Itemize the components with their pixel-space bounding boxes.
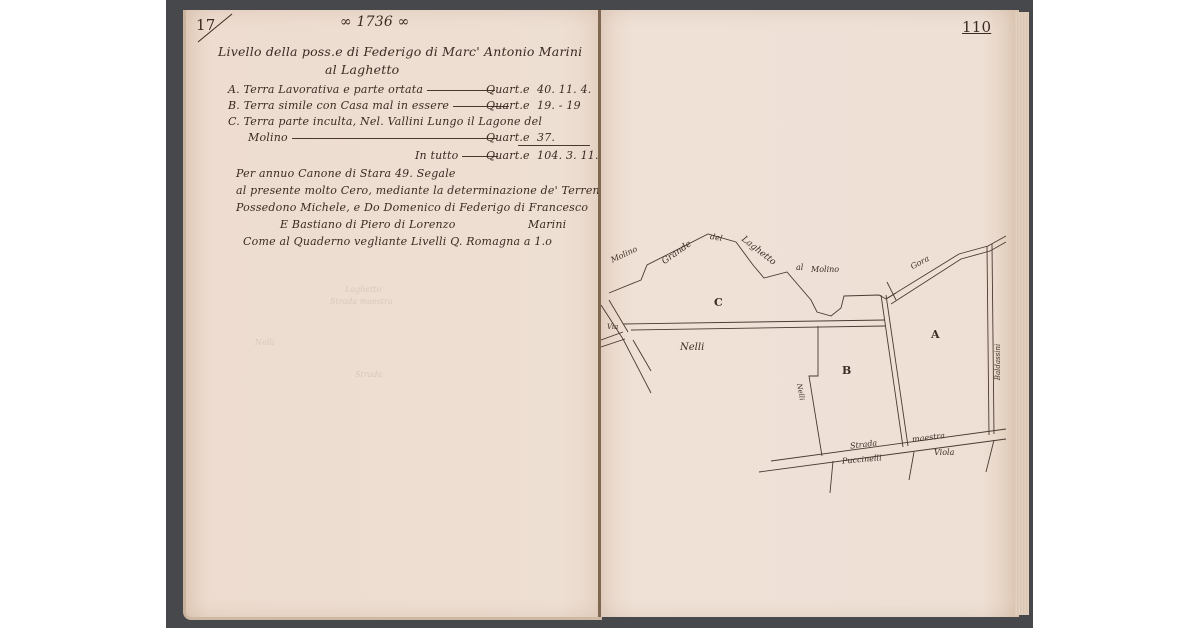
- leader-dash: [427, 90, 495, 91]
- bleed-through-text: Strada maestra: [330, 297, 393, 306]
- document-subtitle: al Laghetto: [325, 62, 399, 77]
- note-line: Per annuo Canone di Stara 49. Segale: [236, 167, 456, 180]
- map-label-al: al: [796, 263, 803, 272]
- parcel-b-value: 19. - 19: [537, 99, 581, 112]
- note-line: Come al Quaderno vegliante Livelli Q. Ro…: [243, 235, 552, 248]
- parcel-row-c-continuation: Molino: [248, 131, 497, 144]
- year-heading: ∞ 1736 ∞: [340, 14, 409, 30]
- document-title: Livello della poss.e di Federigo di Marc…: [218, 44, 582, 59]
- total-value: 104. 3. 11.: [537, 149, 599, 162]
- parcel-label-c: C: [714, 296, 723, 309]
- land-survey-map: [601, 10, 1015, 617]
- bleed-through-text: Laghetto: [345, 285, 381, 294]
- note-line: al presente molto Cero, mediante la dete…: [236, 184, 604, 197]
- bleed-through-text: Nelli: [255, 338, 274, 347]
- page-number-slash-icon: [196, 10, 236, 46]
- parcel-label-a: A: [931, 328, 940, 341]
- flourish-icon: ∞: [393, 14, 410, 30]
- signature: Marini: [528, 218, 566, 231]
- parcel-label-b: B: [842, 364, 851, 377]
- map-label-del: del: [709, 232, 723, 243]
- parcel-row-c: C. Terra parte inculta, Nel. Vallini Lun…: [228, 115, 542, 128]
- parcel-a-unit: Quart.e: [486, 83, 530, 96]
- map-label-baldassini: Baldassini: [994, 344, 1002, 380]
- note-line: E Bastiano di Piero di Lorenzo: [280, 218, 456, 231]
- map-label-molino-right: Molino: [811, 265, 839, 274]
- flourish-icon: ∞: [340, 14, 357, 30]
- parcel-row-b: B. Terra simile con Casa mal in essere: [228, 99, 509, 112]
- parcel-a-value: 40. 11. 4.: [537, 83, 591, 96]
- map-label-via: Via: [607, 323, 618, 331]
- map-label-viola: Viola: [934, 448, 954, 457]
- total-unit: Quart.e: [486, 149, 530, 162]
- parcel-c-unit: Quart.e: [486, 131, 530, 144]
- sum-rule: [518, 145, 590, 146]
- bleed-through-text: Strada: [355, 370, 382, 379]
- parcel-b-unit: Quart.e: [486, 99, 530, 112]
- parcel-row-a: A. Terra Lavorativa e parte ortata: [228, 83, 495, 96]
- parcel-c-value: 37.: [537, 131, 555, 144]
- note-line: Possedono Michele, e Do Domenico di Fede…: [236, 201, 588, 214]
- page-edges: [1015, 12, 1029, 615]
- leader-dash: [292, 138, 497, 139]
- map-label-nelli-field: Nelli: [680, 342, 704, 353]
